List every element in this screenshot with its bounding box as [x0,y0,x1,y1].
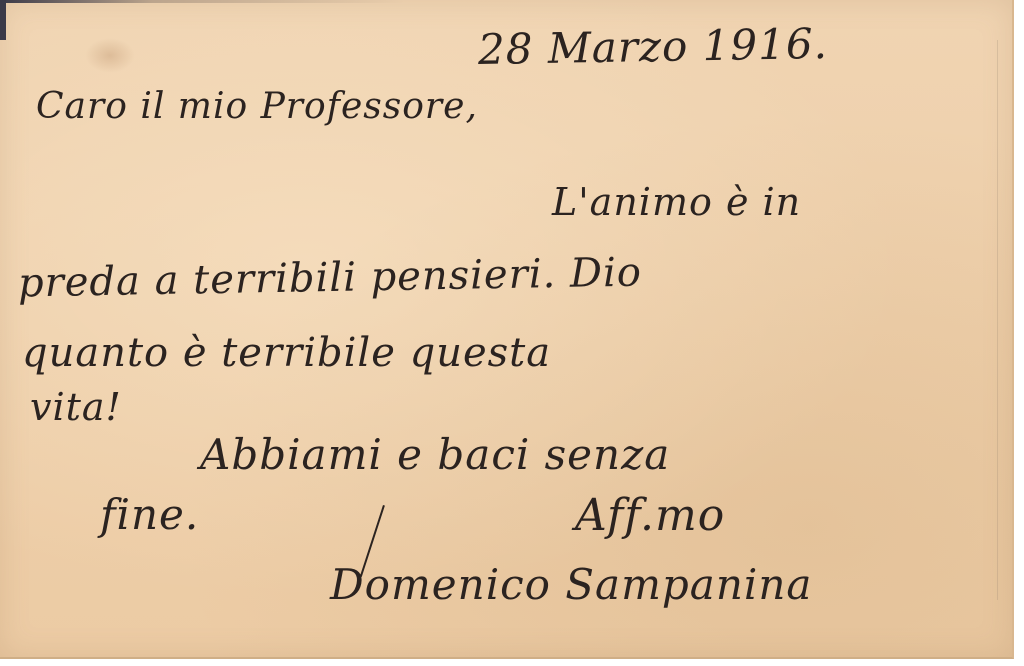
body-line-3: quanto è terribile questa [22,330,551,376]
body-line-1: L'animo è in [552,180,801,224]
body-line-2: preda a terribili pensieri. Dio [18,250,643,307]
date-line: 28 Marzo 1916. [478,19,829,74]
scan-corner-shadow [0,0,6,40]
closing: Aff.mo [575,490,725,541]
scan-edge-shadow [0,0,1012,3]
paper-stain [85,38,135,73]
body-line-4: vita! [30,385,122,429]
body-line-6: fine. [100,490,199,539]
postcard: 28 Marzo 1916. Caro il mio Professore, L… [0,0,1014,659]
paper-crease [997,40,998,600]
signature: Domenico Sampanina [330,560,812,609]
body-line-5: Abbiami e baci senza [200,430,670,479]
salutation: Caro il mio Professore, [36,86,478,127]
